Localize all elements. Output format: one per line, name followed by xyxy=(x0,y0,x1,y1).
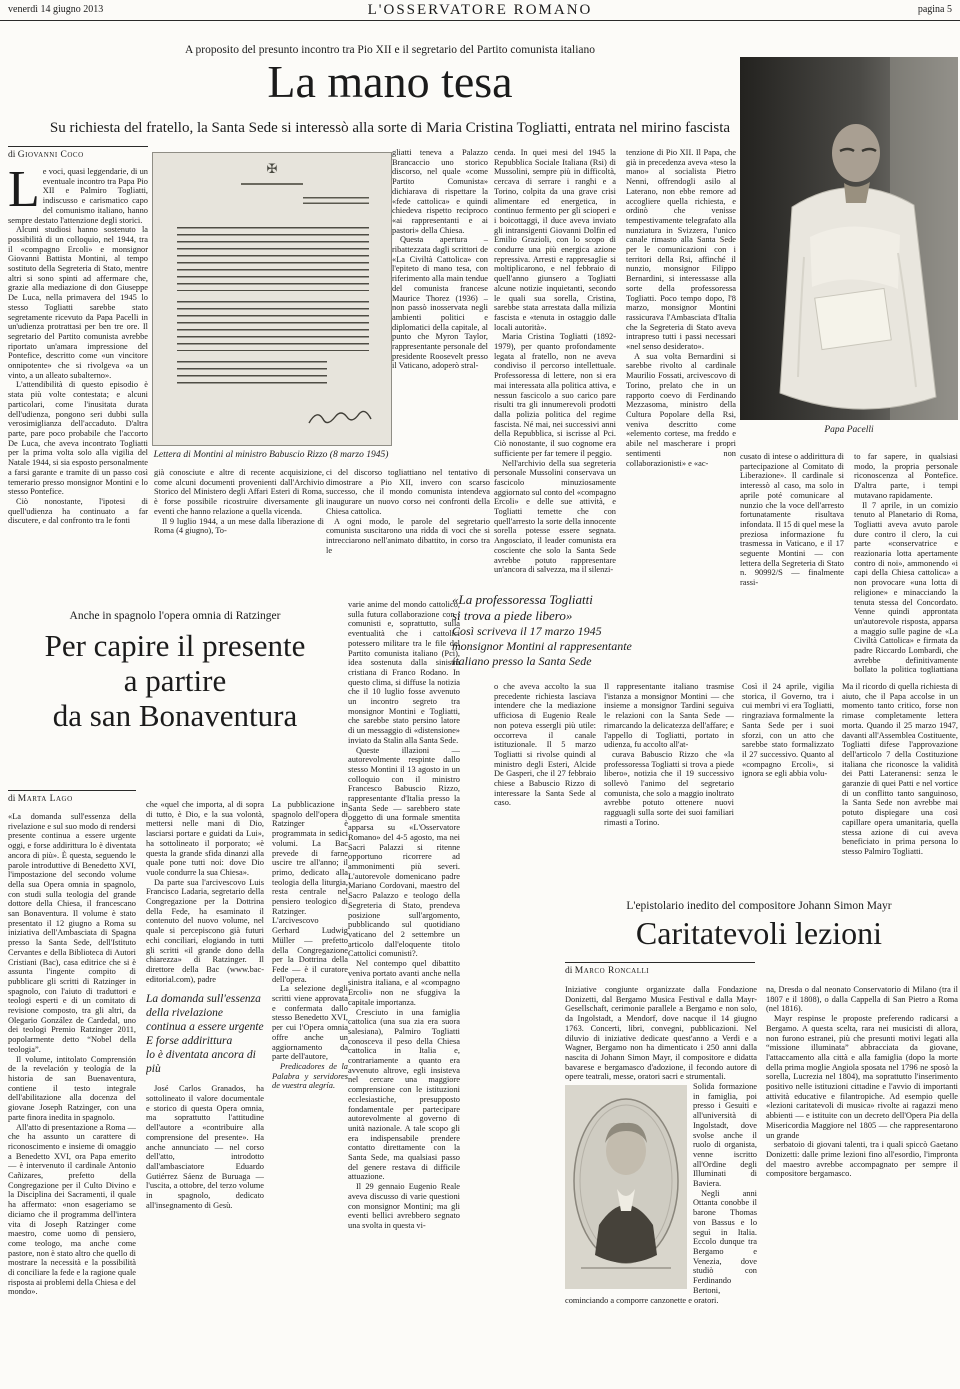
main-column-3b: ci del discorso togliattiano nel tentati… xyxy=(326,468,490,598)
body-text: Ciò nonostante, l'ipotesi di quell'udien… xyxy=(8,497,148,526)
pull-quote-attribution: Così scriveva il 17 marzo 1945 monsignor… xyxy=(452,624,704,669)
body-text: Ma il ricordo di quella richiesta di aiu… xyxy=(842,682,958,857)
ratzinger-book-title: Predicadores de la Palabra y servidores … xyxy=(272,1062,348,1091)
main-column-3: gliatti teneva a Palazzo Brancaccio uno … xyxy=(392,148,488,460)
ratzinger-article-headline: Per capire il presente a partire da san … xyxy=(0,628,350,733)
letterhead-crest-icon: ✠ xyxy=(153,161,391,177)
body-text: tenzione di Pio XII. Il Papa, che già in… xyxy=(626,148,736,352)
body-text: Il 7 aprile, in un comizio tenuto al Pla… xyxy=(854,501,958,676)
main-article-headline: La mano tesa xyxy=(90,58,690,106)
main-column-10: Così il 24 aprile, vigilia storica, il G… xyxy=(742,682,834,878)
main-column-7: to far sapere, in qualsiasi modo, la pro… xyxy=(854,452,958,676)
main-middle-long-column: varie anime del mondo cattolico, sulla f… xyxy=(348,600,460,1382)
byline-author: Marco Roncalli xyxy=(575,966,649,976)
main-article-kicker: A proposito del presunto incontro tra Pi… xyxy=(90,44,690,56)
ratzinger-article-byline: di Marta Lago xyxy=(8,790,136,804)
main-column-2: già conosciute e altre di recente acquis… xyxy=(154,468,324,598)
main-article-byline: di Giovanni Coco xyxy=(8,146,148,160)
body-text: All'atto di presentazione a Roma — che h… xyxy=(8,1123,136,1298)
pull-quote-text: «La professoressa Togliatti si trova a p… xyxy=(452,592,704,624)
letter-address-lines xyxy=(303,197,369,208)
byline-prefix: di xyxy=(8,150,15,160)
edition-date: venerdì 14 giugno 2013 xyxy=(8,4,228,15)
body-text: Così il 24 aprile, vigilia storica, il G… xyxy=(742,682,834,779)
body-text: La pubblicazione in spagnolo dell'opera … xyxy=(272,800,348,984)
pope-pius-xii-photo xyxy=(740,57,958,420)
body-text: na, Dresda o dal neonato Conservatorio d… xyxy=(766,985,958,1014)
main-column-6: cusato di intese o addirittura di partec… xyxy=(740,452,844,676)
body-text: che «quel che importa, al di sopra di tu… xyxy=(146,800,264,878)
body-text: Nell'archivio della sua segreteria perso… xyxy=(494,459,616,575)
pope-photo-graphic xyxy=(740,57,958,420)
body-text: Cresciuto in una famiglia cattolica (una… xyxy=(348,1008,460,1183)
body-text: ci del discorso togliattiano nel tentati… xyxy=(326,468,490,517)
main-column-11: Ma il ricordo di quella richiesta di aiu… xyxy=(842,682,958,878)
main-article-subtitle: Su richiesta del fratello, la Santa Sede… xyxy=(0,120,780,137)
main-column-1: Le voci, quasi leggendarie, di un eventu… xyxy=(8,167,148,603)
body-text: Nel contempo quel dibattito veniva porta… xyxy=(348,959,460,1008)
ratzinger-column-2: che «quel che importa, al di sopra di tu… xyxy=(146,800,264,1382)
main-column-8: o che aveva accolto la sua precedente ri… xyxy=(494,682,596,878)
body-text: José Carlos Granados, ha sottolineato il… xyxy=(146,1084,264,1210)
ratzinger-italic-subhead: La domanda sull'essenza della rivelazion… xyxy=(146,992,264,1076)
body-text: varie anime del mondo cattolico, sulla f… xyxy=(348,600,460,746)
montini-letter-photo: ✠ xyxy=(152,152,392,446)
body-text: Alcuni studiosi hanno sostenuto la possi… xyxy=(8,225,148,380)
byline-author: Giovanni Coco xyxy=(18,150,84,160)
body-text: «La domanda sull'essenza della rivelazio… xyxy=(8,812,136,1055)
letter-text-block-3 xyxy=(177,361,327,389)
body-text: Mayr respinse le proposte preferendo rad… xyxy=(766,1014,958,1140)
ratzinger-column-3: La pubblicazione in spagnolo dell'opera … xyxy=(272,800,348,1382)
letterhead-line xyxy=(241,183,303,185)
body-text: Da parte sua l'arcivescovo Luis Francisc… xyxy=(146,878,264,985)
ratzinger-article-kicker: Anche in spagnolo l'opera omnia di Ratzi… xyxy=(0,610,350,622)
body-text: Questa apertura – ribattezzata dagli scr… xyxy=(392,235,488,371)
mayr-article-byline: di Marco Roncalli xyxy=(565,962,755,976)
drop-cap: L xyxy=(8,167,43,211)
mayr-column-1: Iniziative congiunte organizzate dalla F… xyxy=(565,985,757,1382)
body-text: La selezione degli scritti viene approva… xyxy=(272,984,348,1062)
body-text: A sua volta Bernardini si sarebbe rivolt… xyxy=(626,352,736,468)
body-text: curava Babuscio Rizzo che «la professore… xyxy=(604,750,734,828)
mayr-column-2: na, Dresda o dal neonato Conservatorio d… xyxy=(766,985,958,1382)
byline-prefix: di xyxy=(8,794,15,804)
body-text: Il volume, intitolato Comprensión de la … xyxy=(8,1055,136,1123)
mayr-article-kicker: L'epistolario inedito del compositore Jo… xyxy=(560,900,958,912)
body-text: Il rappresentante italiano trasmise l'is… xyxy=(604,682,734,750)
body-text: L'attendibilità di questo episodio è sta… xyxy=(8,380,148,496)
body-text: gliatti teneva a Palazzo Brancaccio uno … xyxy=(392,148,488,235)
letter-text-block-2 xyxy=(177,301,369,351)
pull-quote: «La professoressa Togliatti si trova a p… xyxy=(452,592,704,676)
mayr-article-headline: Caritatevoli lezioni xyxy=(560,915,958,952)
mayr-portrait xyxy=(565,1085,687,1289)
body-text: Maria Cristina Togliatti (1892-1979), pe… xyxy=(494,332,616,458)
body-text: Queste illazioni — autorevolmente respin… xyxy=(348,746,460,959)
body-text: già conosciute e altre di recente acquis… xyxy=(154,468,324,517)
byline-author: Marta Lago xyxy=(18,794,73,804)
letter-signature xyxy=(305,405,375,431)
body-text: cenda. In quei mesi del 1945 la Repubbli… xyxy=(494,148,616,332)
body-text: Il 9 luglio 1944, a un mese dalla libera… xyxy=(154,517,324,536)
main-column-5: tenzione di Pio XII. Il Papa, che già in… xyxy=(626,148,736,584)
masthead: L'OSSERVATORE ROMANO xyxy=(280,2,680,19)
body-text: to far sapere, in qualsiasi modo, la pro… xyxy=(854,452,958,501)
letter-text-block-1 xyxy=(177,227,369,291)
pope-photo-caption: Papa Pacelli xyxy=(740,425,958,435)
body-text: A ogni modo, le parole del segretario co… xyxy=(326,517,490,556)
body-text: serbatoio di giovani talenti, tra i qual… xyxy=(766,1140,958,1179)
body-text: Il 29 gennaio Eugenio Reale aveva discus… xyxy=(348,1182,460,1231)
ratzinger-column-1: «La domanda sull'essenza della rivelazio… xyxy=(8,812,136,1382)
main-column-4: cenda. In quei mesi del 1945 la Repubbli… xyxy=(494,148,616,600)
body-text: Iniziative congiunte organizzate dalla F… xyxy=(565,985,757,1082)
byline-prefix: di xyxy=(565,966,572,976)
mayr-portrait-graphic xyxy=(565,1085,687,1289)
header-rule xyxy=(0,20,960,21)
main-column-9: Il rappresentante italiano trasmise l'is… xyxy=(604,682,734,878)
body-text: o che aveva accolto la sua precedente ri… xyxy=(494,682,596,808)
body-text: cusato di intese o addirittura di partec… xyxy=(740,452,844,588)
newspaper-page: venerdì 14 giugno 2013 L'OSSERVATORE ROM… xyxy=(0,0,960,1389)
letter-caption: Lettera di Montini al ministro Babuscio … xyxy=(146,450,396,460)
page-number: pagina 5 xyxy=(880,4,952,15)
